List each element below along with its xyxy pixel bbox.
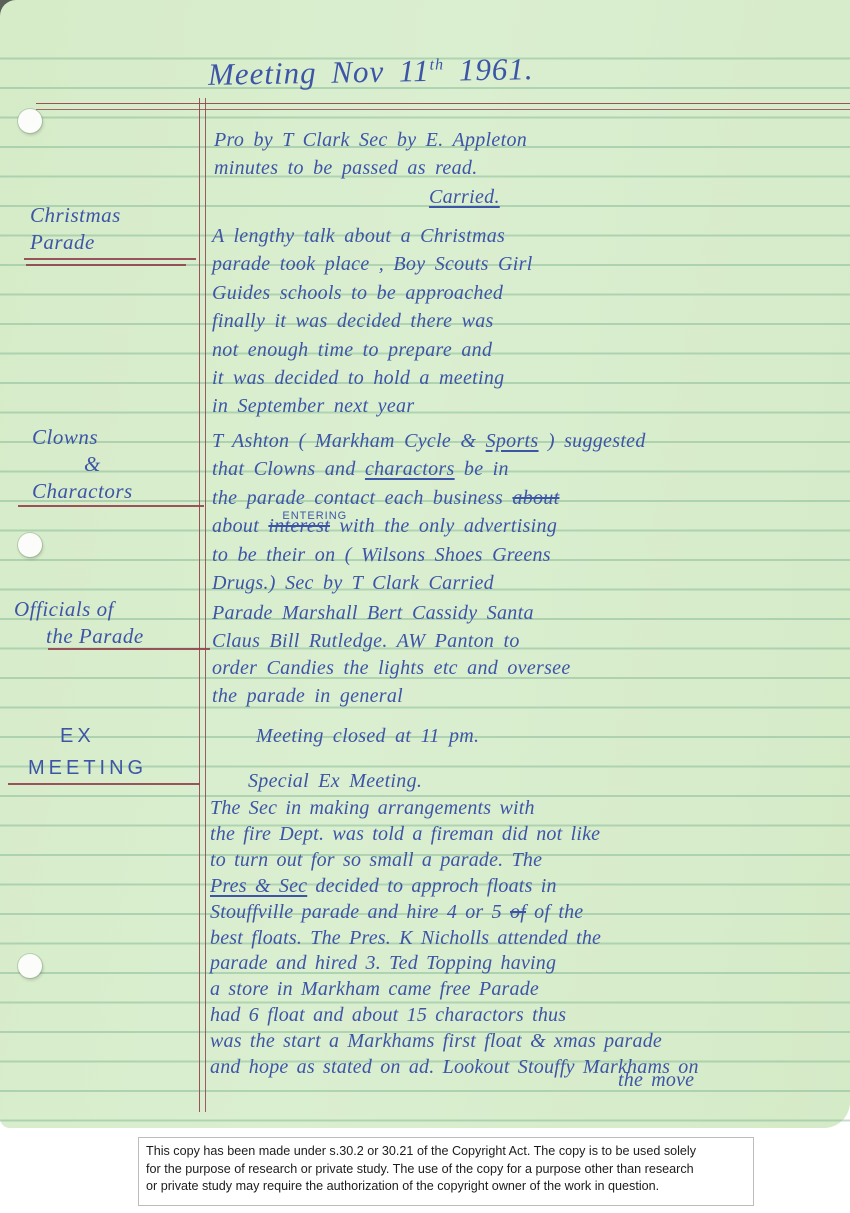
red-top-rule	[36, 103, 850, 110]
clowns-characters-body: T Ashton ( Markham Cycle & Sports ) sugg…	[212, 427, 646, 597]
body-line: The Sec in making arrangements with	[210, 796, 699, 822]
special-meeting-body: The Sec in making arrangements with the …	[210, 796, 699, 1081]
body-text: Stouffville parade and hire 4 or 5	[210, 901, 510, 923]
body-line: best floats. The Pres. K Nicholls attend…	[210, 926, 699, 952]
red-underline	[24, 258, 196, 260]
underlined-word: Pres & Sec	[210, 875, 307, 897]
body-text: of the	[526, 901, 583, 923]
body-line: was the start a Markhams first float & x…	[210, 1029, 699, 1055]
struck-word: about	[512, 487, 559, 509]
body-line: parade took place , Boy Scouts Girl	[212, 250, 533, 278]
body-line: parade and hired 3. Ted Topping having	[210, 951, 699, 977]
closing-line: Meeting closed at 11 pm.	[256, 722, 479, 750]
hole-punch-middle	[18, 533, 42, 557]
body-line: Pres & Sec decided to approch floats in	[210, 874, 699, 900]
body-line: Parade Marshall Bert Cassidy Santa	[212, 600, 571, 628]
body-line: the parade contact each business about	[212, 484, 646, 512]
margin-label-line: &	[32, 451, 133, 478]
inserted-word: ENTERING	[282, 502, 347, 530]
body-text: T Ashton ( Markham Cycle &	[212, 430, 486, 452]
title-text: Meeting Nov 11	[208, 53, 430, 92]
special-meeting-heading: Special Ex Meeting.	[248, 767, 422, 795]
body-text: with the only advertising	[330, 515, 557, 537]
officials-body: Parade Marshall Bert Cassidy Santa Claus…	[212, 600, 571, 710]
body-line: Drugs.) Sec by T Clark Carried	[212, 569, 646, 597]
red-underline	[18, 505, 204, 507]
underlined-word: Sports	[486, 430, 539, 452]
margin-label-line: Charactors	[32, 478, 133, 505]
margin-label-line: Christmas	[30, 202, 121, 229]
opening-line: Pro by T Clark Sec by E. Appleton	[214, 126, 527, 154]
struck-word: of	[510, 901, 526, 923]
title-year: 1961.	[444, 51, 534, 88]
title-ordinal: th	[429, 56, 444, 73]
copyright-notice: This copy has been made under s.30.2 or …	[138, 1137, 754, 1206]
margin-label-line: EX	[60, 720, 147, 752]
body-text: decided to approch floats in	[307, 875, 556, 897]
red-margin-line	[199, 98, 206, 1112]
red-underline	[26, 264, 186, 266]
margin-label-line: MEETING	[28, 752, 147, 784]
notebook-paper: Meeting Nov 11th 1961. Pro by T Clark Se…	[0, 0, 850, 1128]
body-line: to turn out for so small a parade. The	[210, 848, 699, 874]
body-line: about interestENTERING with the only adv…	[212, 512, 646, 540]
body-line: T Ashton ( Markham Cycle & Sports ) sugg…	[212, 427, 646, 455]
body-line: it was decided to hold a meeting	[212, 364, 533, 392]
margin-label-ex-meeting: EX MEETING	[60, 720, 147, 784]
body-line: in September next year	[212, 392, 533, 420]
body-line: not enough time to prepare and	[212, 336, 533, 364]
margin-label-line: Parade	[30, 229, 121, 256]
body-line: a store in Markham came free Parade	[210, 977, 699, 1003]
scanned-page: Meeting Nov 11th 1961. Pro by T Clark Se…	[0, 0, 850, 1213]
margin-label-line: Clowns	[32, 424, 133, 451]
margin-label-christmas-parade: Christmas Parade	[30, 202, 121, 256]
hole-punch-top	[18, 109, 42, 133]
body-line: the fire Dept. was told a fireman did no…	[210, 822, 699, 848]
page-title: Meeting Nov 11th 1961.	[208, 51, 534, 93]
margin-label-line: the Parade	[14, 623, 144, 650]
margin-label-line: Officials of	[14, 596, 144, 623]
body-line-the-move: the move	[618, 1068, 694, 1094]
body-line: that Clowns and charactors be in	[212, 455, 646, 483]
margin-label-clowns-characters: Clowns & Charactors	[32, 424, 133, 505]
body-line: the parade in general	[212, 683, 571, 711]
opening-line: minutes to be passed as read.	[214, 154, 527, 182]
red-underline	[48, 648, 210, 650]
body-text: that Clowns and	[212, 458, 365, 480]
body-line: Stouffville parade and hire 4 or 5 of of…	[210, 900, 699, 926]
body-text: the parade contact each business	[212, 487, 512, 509]
red-underline	[8, 783, 200, 785]
body-line: A lengthy talk about a Christmas	[212, 222, 533, 250]
body-line: had 6 float and about 15 charactors thus	[210, 1003, 699, 1029]
notice-line: or private study may require the authori…	[146, 1178, 746, 1196]
body-text: be in	[455, 458, 509, 480]
margin-label-officials: Officials of the Parade	[14, 596, 144, 650]
body-line: finally it was decided there was	[212, 307, 533, 335]
body-line: to be their on ( Wilsons Shoes Greens	[212, 541, 646, 569]
opening-block: Pro by T Clark Sec by E. Appleton minute…	[214, 126, 527, 211]
carried-note: Carried.	[214, 183, 527, 211]
body-text: ) suggested	[539, 430, 646, 452]
body-line: Guides schools to be approached	[212, 279, 533, 307]
body-line: Claus Bill Rutledge. AW Panton to	[212, 628, 571, 656]
struck-word: interestENTERING	[268, 515, 330, 537]
hole-punch-bottom	[18, 954, 42, 978]
body-line: order Candies the lights etc and oversee	[212, 655, 571, 683]
notice-line: for the purpose of research or private s…	[146, 1161, 746, 1179]
christmas-parade-body: A lengthy talk about a Christmas parade …	[212, 222, 533, 421]
body-text: about	[212, 515, 268, 537]
underlined-word: charactors	[365, 458, 455, 480]
notice-line: This copy has been made under s.30.2 or …	[146, 1143, 746, 1161]
